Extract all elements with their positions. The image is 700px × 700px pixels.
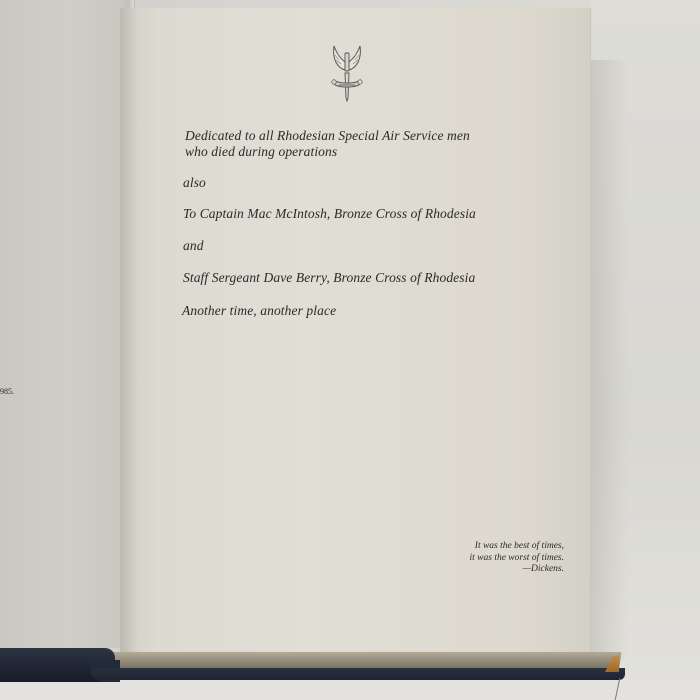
left-page: 985. xyxy=(0,0,135,648)
epigraph-attribution: —Dickens. xyxy=(430,564,564,576)
dedication-line-1: Dedicated to all Rhodesian Special Air S… xyxy=(185,128,470,144)
epigraph-line-2: it was the worst of times. xyxy=(430,553,564,565)
epigraph-line-1: It was the best of times, xyxy=(430,541,564,553)
dedication-closing: Another time, another place xyxy=(182,303,336,319)
dedication-also: also xyxy=(183,175,206,191)
table-surface-bottom xyxy=(0,680,700,700)
epigraph: It was the best of times, it was the wor… xyxy=(430,541,564,576)
dedication-main: Dedicated to all Rhodesian Special Air S… xyxy=(185,128,470,160)
left-page-text-fragment: 985. xyxy=(0,387,14,396)
page-shadow xyxy=(588,60,628,660)
dedication-mcintosh: To Captain Mac McIntosh, Bronze Cross of… xyxy=(183,206,476,222)
dedication-berry: Staff Sergeant Dave Berry, Bronze Cross … xyxy=(183,270,475,286)
winged-dagger-icon xyxy=(330,40,364,102)
book-photo: 985. Dedicated to all Rhodesian Special … xyxy=(0,0,700,700)
book-cover-bottom xyxy=(95,668,625,680)
dedication-line-2: who died during operations xyxy=(185,144,470,160)
dedication-and: and xyxy=(183,238,204,254)
